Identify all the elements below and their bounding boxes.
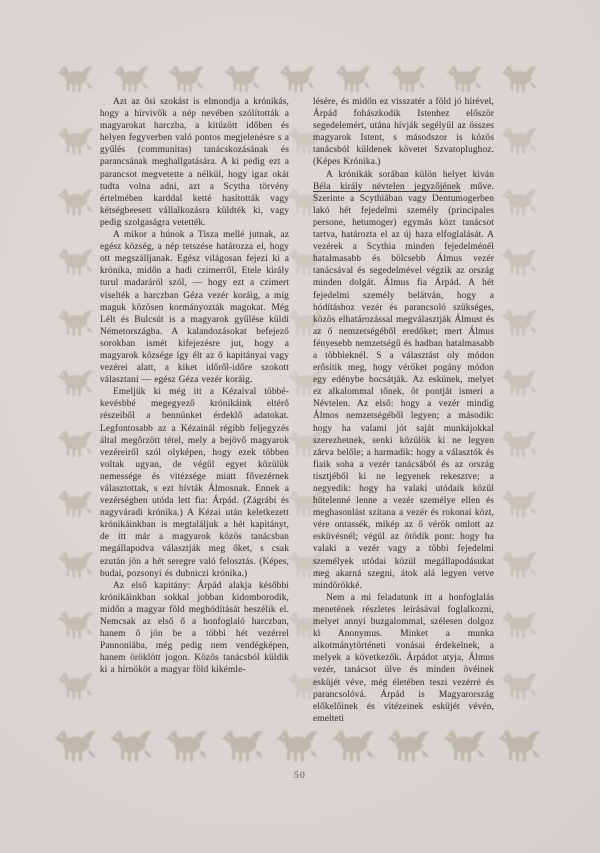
paragraph: Azt az ősi szokást is elmondja a króniká… [100,96,289,229]
ornament-motif [56,124,94,158]
ornament-motif [500,124,538,158]
ornament-motif [500,487,538,521]
ornament-motif [496,726,542,766]
ornament-motif [56,62,94,96]
text-run: Az első kapitány: Árpád alakja későbbi k… [100,581,289,676]
underlined-phrase: Béla király névtelen jegyzőjének [313,182,461,192]
ornament-motif [500,245,538,279]
ornament-motif [330,726,376,766]
ornament-motif [500,669,538,703]
ornament-motif [219,726,265,766]
ornament-motif [163,726,209,766]
paragraph: A mikor a húnok a Tisza mellé jutnak, az… [100,229,289,386]
ornament-motif [274,726,320,766]
text-run: műve. Szerinte a Scythiában vagy Dentumo… [313,182,494,591]
ornament-motif [445,62,483,96]
ornament-motif [56,669,94,703]
text-run: Azt az ősi szokást is elmondja a króniká… [100,97,289,228]
ornament-motif [441,726,487,766]
ornament-motif [500,306,538,340]
ornament-motif [52,726,98,766]
ornament-motif [108,726,154,766]
paragraph: A krónikák sorában külön helyet kiván Bé… [313,169,494,592]
ornament-motif [56,548,94,582]
ornament-motif [500,185,538,219]
ornament-motif [334,62,372,96]
ornament-motif [56,306,94,340]
paragraph: Emeljük ki még itt a Kézaival többé-kevé… [100,386,289,580]
paragraph: lésére, és midőn ez visszatér a föld jó … [313,96,494,169]
ornament-motif [112,62,150,96]
ornament-motif [167,62,205,96]
text-run: A krónikák sorában külön helyet kiván [326,170,494,180]
text-run: A mikor a húnok a Tisza mellé jutnak, az… [100,230,289,385]
ornament-border [0,0,600,853]
page-number: 50 [0,771,600,781]
ornament-motif [500,608,538,642]
ornament-motif [500,62,538,96]
ornament-motif [278,62,316,96]
paragraph: Nem a mi feladatunk itt a honfoglalás me… [313,592,494,725]
ornament-motif [56,245,94,279]
ornament-motif [385,726,431,766]
ornament-motif [389,62,427,96]
text-run: Nem a mi feladatunk itt a honfoglalás me… [313,593,494,724]
ornament-motif [56,608,94,642]
ornament-motif [500,427,538,461]
book-page-scan: Azt az ősi szokást is elmondja a króniká… [0,0,600,853]
ornament-motif [223,62,261,96]
text-column-left: Azt az ősi szokást is elmondja a króniká… [100,96,289,677]
ornament-motif [56,487,94,521]
paragraph: Az első kapitány: Árpád alakja későbbi k… [100,580,289,677]
ornament-motif [56,185,94,219]
ornament-motif [500,548,538,582]
ornament-motif [500,366,538,400]
text-column-right: lésére, és midőn ez visszatér a föld jó … [313,96,494,725]
ornament-motif [56,427,94,461]
text-run: lésére, és midőn ez visszatér a föld jó … [313,97,494,167]
ornament-motif [56,366,94,400]
text-run: Emeljük ki még itt a Kézaival többé-kevé… [100,387,289,578]
